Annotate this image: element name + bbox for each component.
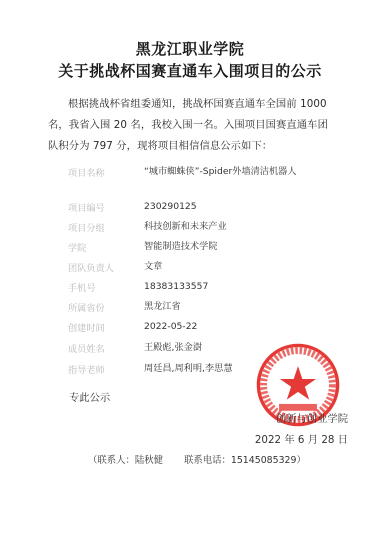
field-label: 项目名称 <box>68 165 138 179</box>
field-label: 手机号 <box>68 280 138 294</box>
field-label: 指导老师 <box>68 362 138 376</box>
field-value: 科技创新和未来产业 <box>144 220 334 234</box>
title-notice: 关于挑战杯国赛直通车入围项目的公示 <box>0 60 380 81</box>
field-label: 项目分组 <box>68 220 138 234</box>
signature-date: 2022 年 6 月 28 日 <box>255 431 348 446</box>
field-value: 230290125 <box>144 200 334 214</box>
field-value: 2022-05-22 <box>144 320 334 334</box>
field-label: 团队负责人 <box>68 260 138 274</box>
field-label: 成员姓名 <box>68 341 138 355</box>
field-label: 创建时间 <box>68 320 138 334</box>
contact-person: （联系人：陆秋健 <box>88 455 163 466</box>
title-school: 黑龙江职业学院 <box>0 38 380 59</box>
field-label: 学院 <box>68 240 138 254</box>
contact-info: （联系人：陆秋健 联系电话：15145085329） <box>88 452 306 466</box>
field-value: 18383133557 <box>144 280 334 294</box>
field-value: 黑龙江省 <box>144 300 334 314</box>
intro-paragraph: 根据挑战杯省组委通知，挑战杯国赛直通车全国前 1000 名，我省入围 20 名，… <box>48 94 338 157</box>
closing-text: 专此公示 <box>69 389 110 404</box>
signature-organization: 创新与创业学院 <box>276 410 348 425</box>
field-value: “城市蜘蛛侠”-Spider外墙清洁机器人 <box>144 165 334 179</box>
field-label: 项目编号 <box>68 200 138 214</box>
field-label: 所属省份 <box>68 300 138 314</box>
contact-phone: 联系电话：15145085329） <box>184 455 306 466</box>
field-value: 智能制造技术学院 <box>144 240 334 254</box>
field-value: 文章 <box>144 260 334 274</box>
